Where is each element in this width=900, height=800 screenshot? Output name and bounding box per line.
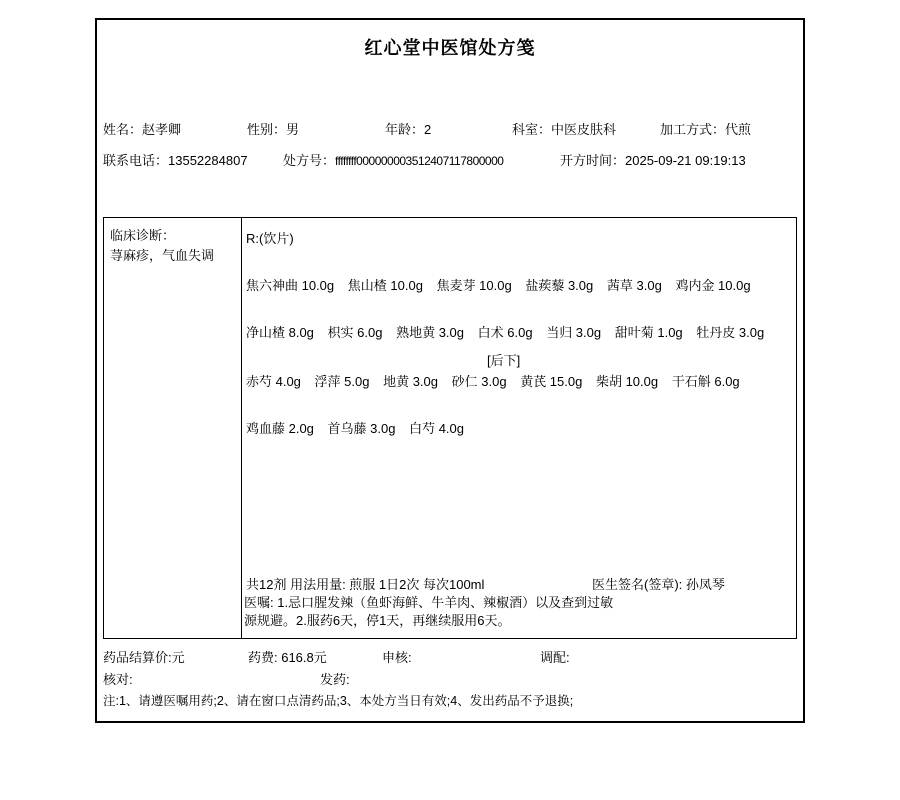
field-gender: 性别：男	[247, 119, 299, 138]
herb-item: 黄芪 15.0g	[520, 374, 582, 389]
herb-item: 焦六神曲 10.0g	[246, 278, 334, 293]
diagnosis-label: 临床诊断：	[110, 228, 175, 243]
doctor-signature-value: 孙凤琴	[686, 577, 725, 592]
herb-line-4: 鸡血藤 2.0g 首乌藤 3.0g 白芍 4.0g	[246, 418, 464, 437]
rx-number-label: 处方号：	[283, 153, 335, 168]
issue-time-value: 2025-09-21 09:19:13	[625, 153, 746, 168]
rx-number-value: ffffffff000000003512407117800000	[335, 154, 503, 168]
clinical-diagnosis: 临床诊断：荨麻疹，气血失调	[110, 226, 232, 266]
field-department: 科室：中医皮肤科	[512, 119, 616, 138]
gender-label: 性别：	[247, 122, 286, 137]
herb-item: 茜草 3.0g	[607, 278, 662, 293]
settle-price-field: 药品结算价:元	[103, 647, 185, 666]
herb-item: 砂仁 3.0g	[452, 374, 507, 389]
herb-item: 首乌藤 3.0g	[328, 421, 396, 436]
herb-item: 牡丹皮 3.0g	[696, 325, 764, 340]
herb-item: 柴胡 10.0g	[596, 374, 658, 389]
page-title: 红心堂中医馆处方笺	[95, 34, 805, 60]
herb-item: 白术 6.0g	[478, 325, 533, 340]
check-field: 核对:	[103, 669, 133, 688]
usage-instructions: 共12剂 用法用量: 煎服 1日2次 每次100ml	[246, 574, 484, 593]
herb-item: 赤芍 4.0g	[246, 374, 301, 389]
review-field: 申核:	[382, 647, 412, 666]
dispense-field: 发药:	[320, 669, 350, 688]
field-patient-name: 姓名：赵孝卿	[103, 119, 181, 138]
herb-item: 盐蒺藜 3.0g	[525, 278, 593, 293]
doctor-signature: 医生签名(签章): 孙凤琴	[592, 574, 725, 593]
prescription-page: 红心堂中医馆处方笺 姓名：赵孝卿 性别：男 年龄：2 科室：中医皮肤科 加工方式…	[0, 0, 900, 800]
field-issue-time: 开方时间：2025-09-21 09:19:13	[560, 150, 746, 169]
herb-item: 焦山楂 10.0g	[348, 278, 423, 293]
medical-advice-line-1: 医嘱: 1.忌口腥发辣（鱼虾海鲜、牛羊肉、辣椒酒）以及查到过敏	[244, 592, 613, 611]
age-value: 2	[424, 122, 431, 137]
processing-value: 代煎	[725, 122, 751, 137]
diagnosis-value: 荨麻疹，气血失调	[110, 248, 214, 263]
herb-line-2: 净山楂 8.0g 枳实 6.0g 熟地黄 3.0g 白术 6.0g 当归 3.0…	[246, 322, 764, 341]
herb-item: 甜叶菊 1.0g	[615, 325, 683, 340]
rx-header: R:(饮片)	[246, 228, 294, 247]
herb-line-1: 焦六神曲 10.0g 焦山楂 10.0g 焦麦芽 10.0g 盐蒺藜 3.0g …	[246, 275, 751, 294]
herb-item: 枳实 6.0g	[328, 325, 383, 340]
herb-item: 地黄 3.0g	[383, 374, 438, 389]
herb-item: 鸡内金 10.0g	[675, 278, 750, 293]
diagnosis-column-divider	[241, 218, 242, 638]
herb-item: 当归 3.0g	[546, 325, 601, 340]
department-label: 科室：	[512, 122, 551, 137]
field-rx-number: 处方号：ffffffff000000003512407117800000	[283, 150, 503, 169]
field-age: 年龄：2	[385, 119, 431, 138]
footer-note: 注:1、请遵医嘱用药;2、请在窗口点清药品;3、本处方当日有效;4、发出药品不予…	[103, 691, 573, 709]
age-label: 年龄：	[385, 122, 424, 137]
patient-name-value: 赵孝卿	[142, 122, 181, 137]
medicine-fee-field: 药费: 616.8元	[248, 647, 327, 666]
field-processing: 加工方式：代煎	[660, 119, 751, 138]
phone-label: 联系电话：	[103, 153, 168, 168]
prepare-field: 调配:	[540, 647, 570, 666]
herb-item: 熟地黄 3.0g	[396, 325, 464, 340]
herb-item: 干石斛 6.0g	[672, 374, 740, 389]
herb-item: 白芍 4.0g	[409, 421, 464, 436]
herb-item: 焦麦芽 10.0g	[437, 278, 512, 293]
decoction-footnote: [后下]	[487, 350, 520, 369]
doctor-signature-label: 医生签名(签章):	[592, 577, 686, 592]
gender-value: 男	[286, 122, 299, 137]
processing-label: 加工方式：	[660, 122, 725, 137]
field-phone: 联系电话：13552284807	[103, 150, 248, 169]
herb-item: 浮萍 5.0g	[315, 374, 370, 389]
department-value: 中医皮肤科	[551, 122, 616, 137]
medical-advice-line-2: 源规避。2.服药6天，停1天，再继续服用6天。	[244, 610, 511, 629]
herb-item: 鸡血藤 2.0g	[246, 421, 314, 436]
herb-item: 净山楂 8.0g	[246, 325, 314, 340]
herb-line-3: 赤芍 4.0g 浮萍 5.0g 地黄 3.0g 砂仁 3.0g 黄芪 15.0g…	[246, 371, 740, 390]
patient-name-label: 姓名：	[103, 122, 142, 137]
phone-value: 13552284807	[168, 153, 248, 168]
issue-time-label: 开方时间：	[560, 153, 625, 168]
